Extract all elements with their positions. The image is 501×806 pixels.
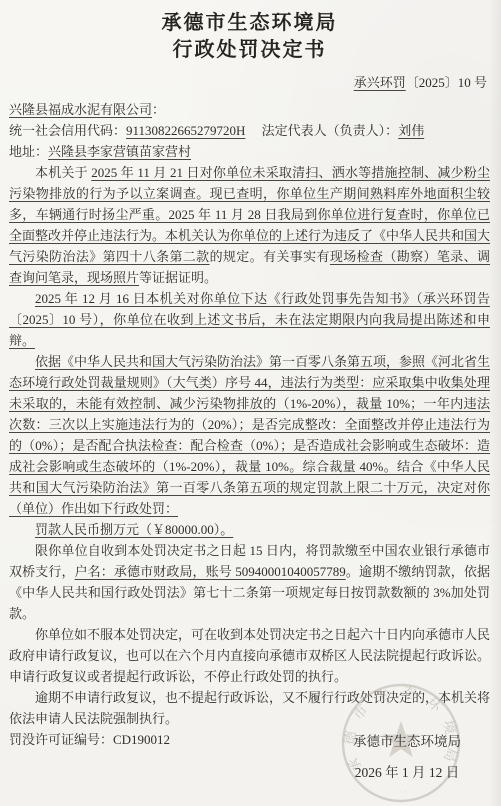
text-run: 的规定。有关事实有: [210, 249, 330, 264]
text-run: 2025 年 12 月 16 日本机关对你单位下达《行政处罚事先告知书》（承兴环…: [9, 291, 490, 348]
signature-agency: 承德市生态环境局: [353, 726, 461, 757]
document-body: 承兴环罚〔2025〕10 号兴隆县福成水泥有限公司：统一社会信用代码：91130…: [9, 74, 490, 750]
text-run: ：: [152, 102, 165, 117]
text-run: 罚款人民币捌万元（￥80000.00）。: [35, 522, 233, 537]
credit-code-line: 统一社会信用代码：91130822665279720H 法定代表人（负责人）：刘…: [9, 120, 490, 141]
text-run: 91130822665279720H: [126, 123, 245, 138]
para-penalty-amount: 罚款人民币捌万元（￥80000.00）。: [9, 519, 490, 540]
text-run: 兴隆县李家营镇苗家营村: [48, 144, 191, 159]
para-legal-basis: 依据《中华人民共和国大气污染防治法》第一百零八条第五项，参照《河北省生态环境行政…: [9, 351, 490, 519]
address-line: 地址：兴隆县李家营镇苗家营村: [9, 141, 490, 162]
text-run: 〔2025〕10 号: [406, 75, 487, 90]
signature-block: 承德市生态环境局 2026 年 1 月 12 日: [353, 726, 461, 788]
text-run: 统一社会信用代码：: [9, 123, 126, 138]
signature-date: 2026 年 1 月 12 日: [353, 757, 461, 788]
text-run: 刘伟: [398, 123, 424, 138]
para-prior-notice: 2025 年 12 月 16 日本机关对你单位下达《行政处罚事先告知书》（承兴环…: [9, 288, 490, 351]
para-payment: 限你单位自收到本处罚决定书之日起 15 日内，将罚款缴至中国农业银行承德市双桥支…: [9, 540, 490, 624]
issuing-agency-title: 承德市生态环境局: [9, 10, 490, 37]
text-run: 本机关于: [35, 165, 91, 180]
text-run: 地址：: [9, 144, 48, 159]
text-run: 罚没许可证编号：CD190012: [9, 732, 170, 747]
doc-number: 承兴环罚〔2025〕10 号: [9, 74, 487, 92]
para-appeal-rights: 你单位如不服本处罚决定，可在收到本处罚决定书之日起六十日内向承德市人民政府申请行…: [9, 624, 490, 687]
recipient-company: 兴隆县福成水泥有限公司：: [9, 99, 490, 120]
text-run: 承兴环罚: [354, 75, 406, 90]
text-run: 等证据证明。: [139, 270, 217, 285]
text-run: 户名：承德市财政局，账号 50940001040057789: [75, 564, 346, 579]
penalty-decision-document: 承德市生态环境局 行政处罚决定书 承兴环罚〔2025〕10 号兴隆县福成水泥有限…: [0, 0, 501, 806]
document-content: 承德市生态环境局 行政处罚决定书 承兴环罚〔2025〕10 号兴隆县福成水泥有限…: [0, 0, 501, 750]
text-run: 你单位如不服本处罚决定，可在收到本处罚决定书之日起六十日内向承德市人民政府申请行…: [9, 627, 490, 684]
text-run: 兴隆县福成水泥有限公司: [9, 102, 152, 117]
document-type-title: 行政处罚决定书: [9, 37, 490, 64]
text-run: 法定代表人（负责人）：: [245, 123, 398, 138]
text-run: 依据《中华人民共和国大气污染防治法》第一百零八条第五项，参照《河北省生态环境行政…: [9, 354, 490, 516]
para-case-facts: 本机关于 2025 年 11 月 21 日对你单位未采取清扫、洒水等措施控制、减…: [9, 162, 490, 288]
